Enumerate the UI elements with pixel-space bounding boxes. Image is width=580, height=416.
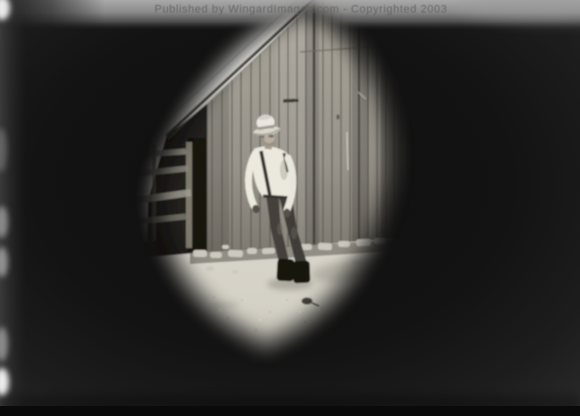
man-boots bbox=[276, 259, 310, 284]
man-shirt bbox=[253, 146, 294, 198]
watermark-text: Published by WingardImages.com - Copyrig… bbox=[155, 4, 448, 16]
film-scratch bbox=[347, 132, 348, 170]
vintage-photo-canvas: Published by WingardImages.com - Copyrig… bbox=[0, 0, 580, 416]
man-hand-right bbox=[284, 209, 291, 218]
keyhole-vignette bbox=[130, 0, 422, 364]
dark-spot bbox=[302, 298, 313, 305]
vintage-photo: Published by WingardImages.com - Copyrig… bbox=[0, 0, 580, 416]
wood-knot bbox=[336, 114, 339, 119]
bottom-frame-bar bbox=[0, 395, 580, 416]
